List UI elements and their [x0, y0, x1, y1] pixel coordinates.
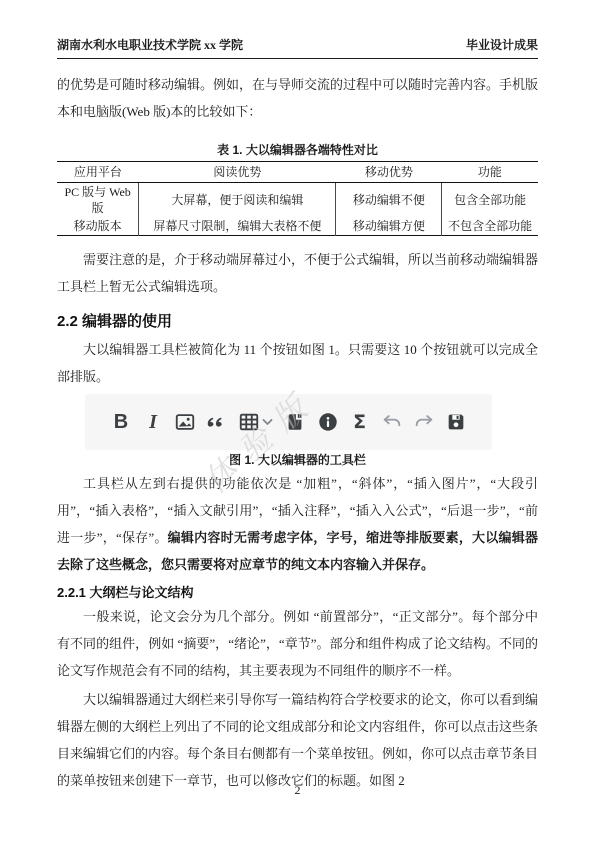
paragraph-toolbar-intro: 大以编辑器工具栏被简化为 11 个按钮如图 1。只需要这 10 个按钮就可以完成… [57, 336, 538, 390]
bold-icon: B [110, 410, 132, 434]
formula-sigma-icon: Σ [349, 410, 371, 434]
blockquote-icon [206, 410, 228, 434]
table-header-row: 应用平台 阅读优势 移动优势 功能 [57, 162, 538, 183]
paragraph-continuation: 的优势是可随时移动编辑。例如，在与导师交流的过程中可以随时完善内容。手机版本和电… [57, 71, 538, 125]
table-header-cell: 应用平台 [57, 162, 139, 183]
page-number: 2 [0, 783, 595, 798]
running-header: 湖南水利水电职业技术学院 xx 学院 毕业设计成果 [57, 36, 538, 59]
table-cell: 不包含全部功能 [442, 217, 538, 236]
table-icon [238, 410, 260, 434]
header-school-name: 湖南水利水电职业技术学院 xx 学院 [57, 36, 243, 53]
chevron-down-icon [262, 410, 274, 434]
redo-icon [413, 410, 435, 434]
table-cell: PC 版与 Web 版 [57, 183, 139, 218]
paragraph-outline: 大以编辑器通过大纲栏来引导你写一篇结构符合学校要求的论文，你可以看到编辑器左侧的… [57, 686, 538, 794]
citation-book-icon [284, 410, 306, 434]
figure-toolbar-image: B I Σ [85, 394, 492, 450]
table-cell: 移动编辑方便 [336, 217, 442, 236]
figure-caption: 图 1. 大以编辑器的工具栏 [57, 453, 538, 468]
document-page: 湖南水利水电职业技术学院 xx 学院 毕业设计成果 的优势是可随时移动编辑。例如… [0, 0, 595, 842]
italic-icon: I [142, 410, 164, 434]
undo-icon [381, 410, 403, 434]
table-header-cell: 移动优势 [336, 162, 442, 183]
table-cell: 屏幕尺寸限制，编辑大表格不便 [139, 217, 336, 236]
comparison-table: 应用平台 阅读优势 移动优势 功能 PC 版与 Web 版 大屏幕，便于阅读和编… [57, 161, 538, 236]
table-title: 表 1. 大以编辑器各端特性对比 [57, 143, 538, 158]
table-header-cell: 功能 [442, 162, 538, 183]
info-icon [317, 410, 339, 434]
header-doc-type: 毕业设计成果 [466, 36, 538, 53]
paragraph-toolbar-functions: 工具栏从左到右提供的功能依次是 “加粗”，“斜体”，“插入图片”，“大段引用”，… [57, 470, 538, 578]
table-cell: 大屏幕，便于阅读和编辑 [139, 183, 336, 218]
save-icon [445, 410, 467, 434]
section-heading-2-2-1: 2.2.1 大纲栏与论文结构 [57, 584, 538, 601]
image-icon [174, 410, 196, 434]
table-header-cell: 阅读优势 [139, 162, 336, 183]
paragraph-structure: 一般来说，论文会分为几个部分。例如 “前置部分”，“正文部分”。每个部分中有不同… [57, 603, 538, 684]
table-cell: 移动编辑不便 [336, 183, 442, 218]
table-row: PC 版与 Web 版 大屏幕，便于阅读和编辑 移动编辑不便 包含全部功能 [57, 183, 538, 218]
section-heading-2-2: 2.2 编辑器的使用 [57, 312, 538, 332]
table-row: 移动版本 屏幕尺寸限制，编辑大表格不便 移动编辑方便 不包含全部功能 [57, 217, 538, 236]
table-cell: 移动版本 [57, 217, 139, 236]
table-cell: 包含全部功能 [442, 183, 538, 218]
paragraph-note: 需要注意的是，介于移动端屏幕过小，不便于公式编辑，所以当前移动端编辑器工具栏上暂… [57, 246, 538, 300]
